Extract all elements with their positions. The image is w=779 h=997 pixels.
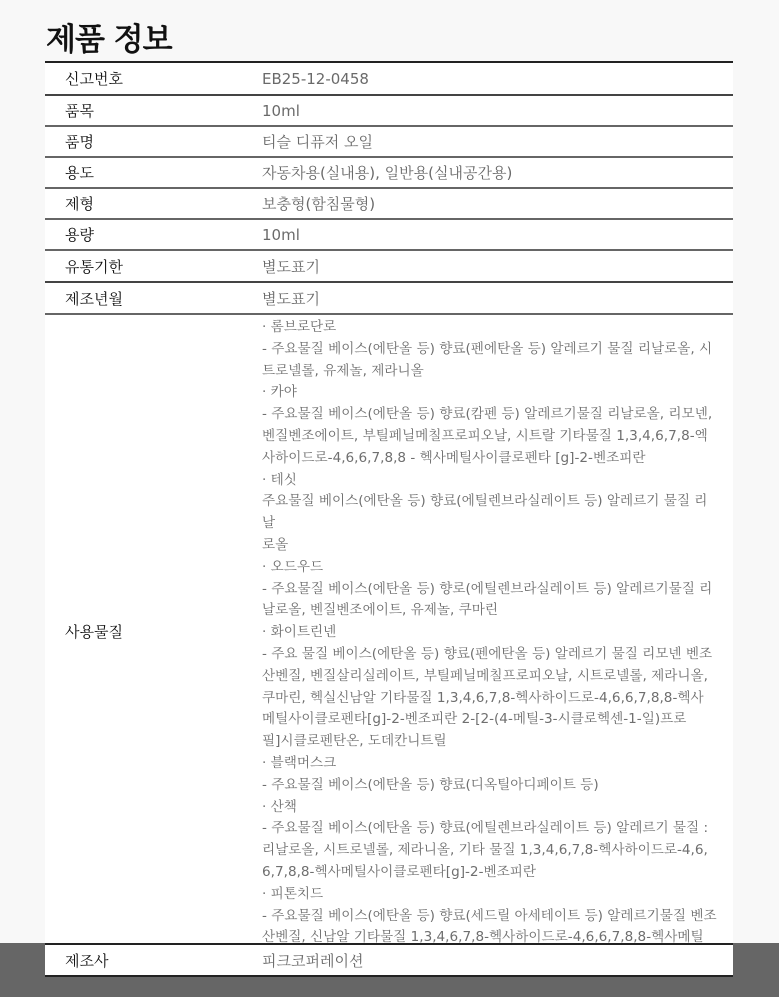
substances-list: · 롬브로단로 - 주요물질 베이스(에탄올 등) 향료(펜에탄올 등) 알레르… [262,315,733,948]
row-manufacturer: 제조사 피크코퍼레이션 [45,943,733,977]
substance-line: 필]시클로펜탄온, 도데칸니트릴 [262,731,717,753]
row-label: 사용물질 [45,315,262,948]
row-item: 품목 10ml [45,96,733,127]
substance-line: 트로넬롤, 유제놀, 제라니올 [262,361,717,383]
row-value: 별도표기 [262,251,733,281]
substance-line: 리날로올, 시트로넬롤, 제라니올, 기타 물질 1,3,4,6,7,8-헥사하… [262,840,717,862]
substance-line: · 오드우드 [262,557,717,579]
row-value: 10ml [262,96,733,125]
row-value: 티슬 디퓨저 오일 [262,127,733,156]
substance-line: 메틸사이클로펜타[g]-2-벤조피란 2-[2-(4-메틸-3-시클로헥센-1-… [262,709,717,731]
substance-line: 6,7,8,8-헥사메틸사이클로펜타[g]-2-벤조피란 [262,862,717,884]
row-value: 피크코퍼레이션 [262,945,733,975]
substance-line: · 블랙머스크 [262,753,717,775]
substance-line: · 카야 [262,382,717,404]
row-report-number: 신고번호 EB25-12-0458 [45,63,733,96]
row-usage: 용도 자동차용(실내용), 일반용(실내공간용) [45,158,733,189]
substance-line: 주요물질 베이스(에탄올 등) 향료(에틸렌브라실레이트 등) 알레르기 물질 … [262,491,717,535]
row-value: 자동차용(실내용), 일반용(실내공간용) [262,158,733,187]
row-label: 유통기한 [45,251,262,281]
row-form: 제형 보충형(함침물형) [45,189,733,220]
substance-line: · 롬브로단로 [262,317,717,339]
substance-line: - 주요물질 베이스(에탄올 등) 향료(디옥틸아디페이트 등) [262,775,717,797]
substance-line: 날로올, 벤질벤조에이트, 유제놀, 쿠마린 [262,600,717,622]
substance-line: · 화이트린넨 [262,622,717,644]
row-label: 품명 [45,127,262,156]
substance-line: - 주요물질 베이스(에탄올 등) 향료(캄펜 등) 알레르기물질 리날로올, … [262,404,717,426]
substance-line: - 주요물질 베이스(에탄올 등) 향료(펜에탄올 등) 알레르기 물질 리날로… [262,339,717,361]
page-title: 제품 정보 [46,14,172,59]
row-manufacture-date: 제조년월 별도표기 [45,283,733,315]
substance-line: - 주요물질 베이스(에탄올 등) 향료(에틸렌브라실레이트 등) 알레르기 물… [262,818,717,840]
substance-line: · 테싯 [262,470,717,492]
row-label: 제형 [45,189,262,218]
substance-line: - 주요물질 베이스(에탄올 등) 향로(에틸렌브라실레이트 등) 알레르기물질… [262,579,717,601]
row-value: 10ml [262,220,733,249]
row-label: 제조사 [45,945,262,975]
substance-line: - 주요물질 베이스(에탄올 등) 향료(세드릴 아세테이트 등) 알레르기물질… [262,906,717,928]
row-label: 용량 [45,220,262,249]
row-label: 신고번호 [45,63,262,94]
substance-line: 로올 [262,535,717,557]
row-volume: 용량 10ml [45,220,733,251]
row-value: EB25-12-0458 [262,63,733,94]
substance-line: · 산책 [262,797,717,819]
row-label: 용도 [45,158,262,187]
substance-line: · 피톤치드 [262,884,717,906]
substance-line: 산벤질, 벤질살리실레이트, 부틸페닐메칠프로피오날, 시트로넬롤, 제라니올, [262,666,717,688]
product-info-table: 신고번호 EB25-12-0458 품목 10ml 품명 티슬 디퓨저 오일 용… [45,61,733,948]
substance-line: 사하이드로-4,6,6,7,8,8 - 헥사메틸사이클로펜타 [g]-2-벤조피… [262,448,717,470]
row-value: 보충형(함침물형) [262,189,733,218]
substance-line: 벤질벤조에이트, 부틸페닐메칠프로피오날, 시트랄 기타물질 1,3,4,6,7… [262,426,717,448]
row-substances: 사용물질 · 롬브로단로 - 주요물질 베이스(에탄올 등) 향료(펜에탄올 등… [45,315,733,948]
substance-line: - 주요 물질 베이스(에탄올 등) 향료(펜에탄올 등) 알레르기 물질 리모… [262,644,717,666]
row-label: 품목 [45,96,262,125]
row-value: 별도표기 [262,283,733,313]
row-expiry: 유통기한 별도표기 [45,251,733,283]
substance-line: 쿠마린, 헥실신남알 기타물질 1,3,4,6,7,8-헥사하이드로-4,6,6… [262,688,717,710]
row-product-name: 품명 티슬 디퓨저 오일 [45,127,733,158]
row-label: 제조년월 [45,283,262,313]
